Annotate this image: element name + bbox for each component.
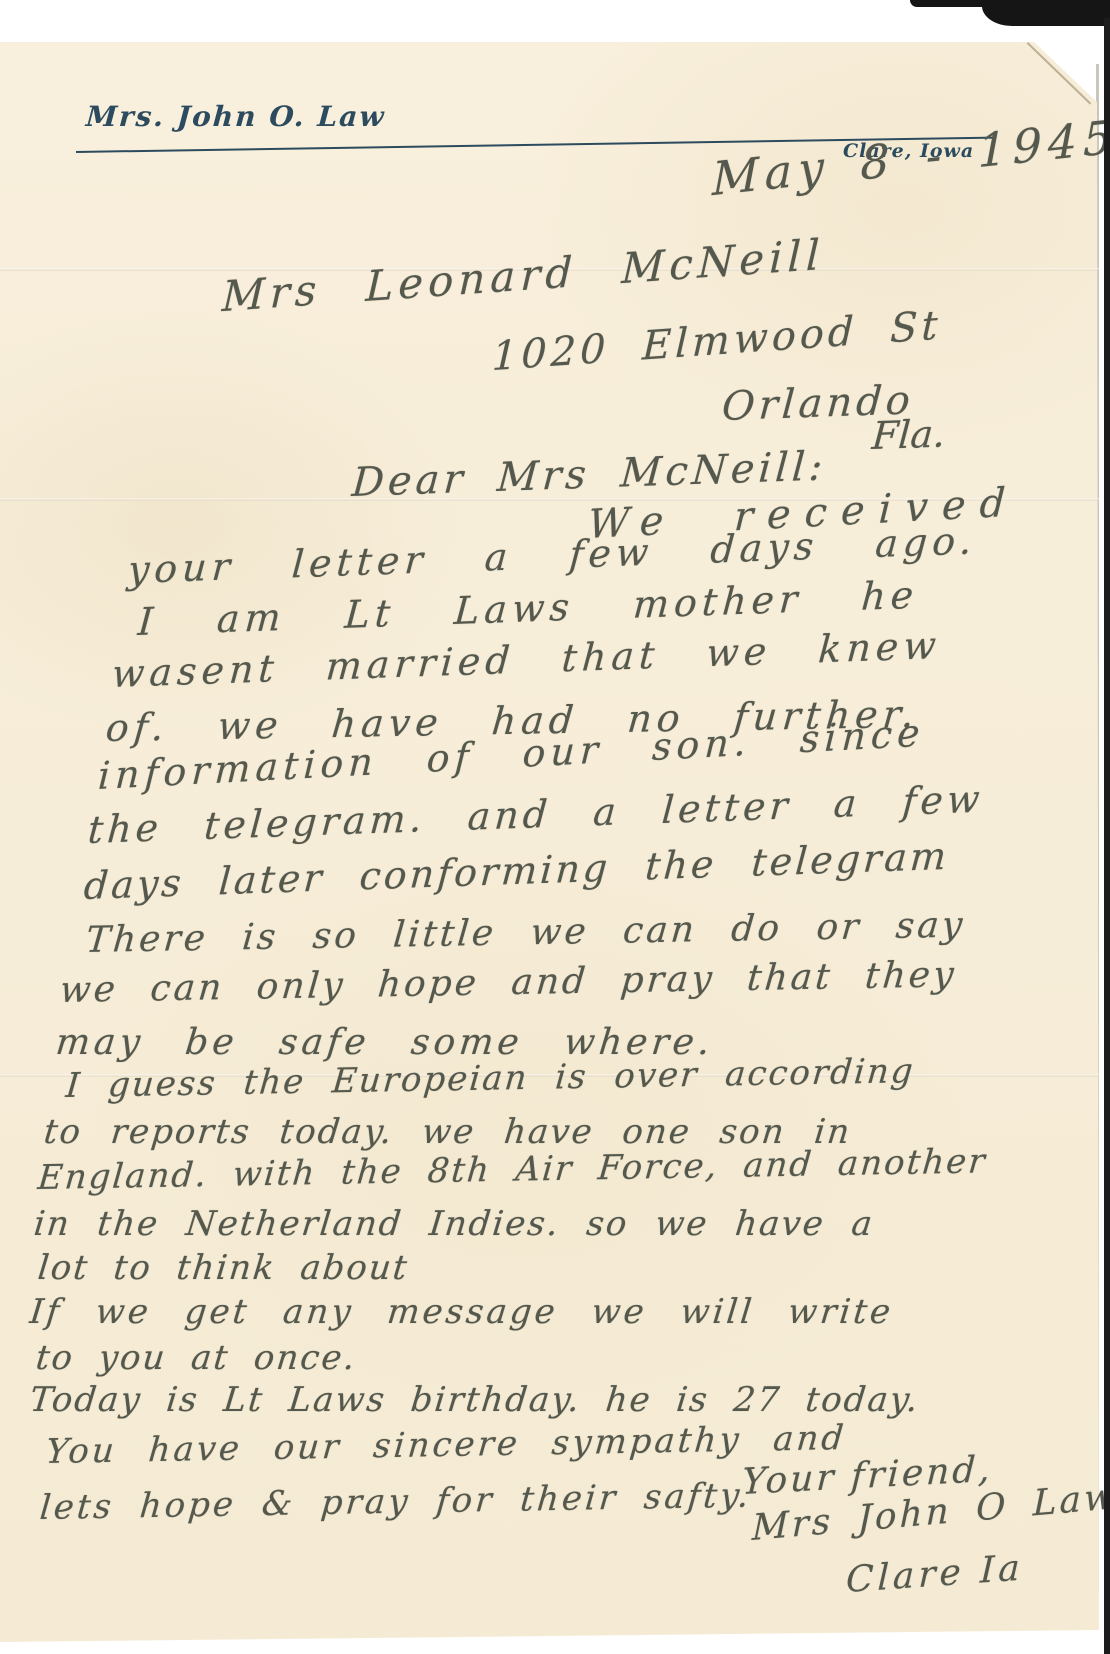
body-line: Today is Lt Laws birthday. he is 27 toda… <box>28 1380 922 1420</box>
body-line: lot to think about <box>36 1248 411 1288</box>
scanned-letter: Mrs. John O. Law Clare, Iowa May 8 - 194… <box>0 0 1110 1654</box>
scan-edge-right <box>1104 18 1110 1654</box>
scan-edge-top <box>910 0 990 7</box>
body-line: to you at once. <box>34 1338 359 1378</box>
body-line: If we get any message we will write <box>28 1292 895 1332</box>
recipient-state: Fla. <box>870 411 946 458</box>
letterhead-name: Mrs. John O. Law <box>85 100 387 133</box>
scan-edge-corner <box>982 0 1110 26</box>
body-line: in the Netherland Indies. so we have a <box>32 1204 876 1244</box>
